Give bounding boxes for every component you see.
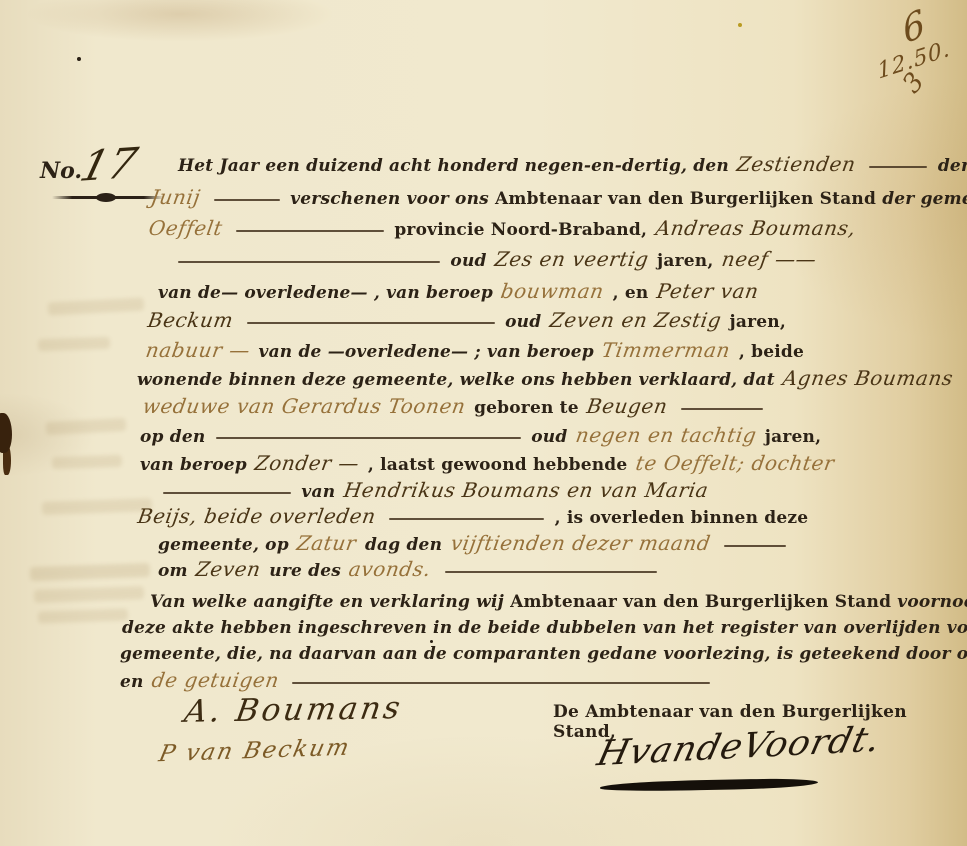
printed-text: om bbox=[158, 561, 188, 581]
printed-text: Het Jaar een duizend acht honderd negen-… bbox=[178, 156, 729, 176]
handwritten-entry-faded: te Oeffelt; dochter bbox=[631, 451, 839, 475]
blank-fill-rule bbox=[681, 408, 763, 410]
handwritten-entry: Zes en veertig bbox=[490, 247, 653, 271]
printed-text: gemeente, die, na daarvan aan de compara… bbox=[120, 644, 967, 664]
printed-text: wonende binnen deze gemeente, welke ons … bbox=[137, 370, 775, 390]
bleedthrough-mark bbox=[34, 586, 144, 603]
form-line-9: weduwe van Gerardus Toonen geboren te Be… bbox=[140, 394, 768, 418]
signature-flourish-underline bbox=[600, 778, 818, 793]
printed-text: oud bbox=[450, 251, 486, 271]
handwritten-entry: Zonder — bbox=[250, 451, 364, 475]
form-line-11: van beroep Zonder — , laatst gewoond heb… bbox=[140, 451, 837, 475]
printed-text: voornoemd, bbox=[897, 592, 967, 612]
handwritten-entry-faded: weduwe van Gerardus Toonen bbox=[138, 394, 470, 418]
printed-text: Ambtenaar van den Burgerlijken Stand bbox=[510, 592, 897, 612]
form-line-6: Beckum oud Zeven en Zestig jaren, bbox=[145, 308, 786, 332]
form-line-12: van Hendrikus Boumans en van Maria bbox=[158, 478, 711, 502]
blank-fill-rule bbox=[216, 437, 521, 439]
printed-text: verschenen voor ons bbox=[290, 189, 495, 209]
form-line-4: oud Zes en veertig jaren, neef —— bbox=[173, 247, 819, 271]
handwritten-entry-faded: negen en tachtig bbox=[571, 423, 761, 447]
form-line-3: Oeffelt provincie Noord-Braband, Andreas… bbox=[146, 216, 859, 240]
form-line-16: Van welke aangifte en verklaring wij Amb… bbox=[150, 592, 967, 612]
handwritten-entry: Agnes Boumans bbox=[778, 366, 958, 390]
bleedthrough-mark bbox=[38, 337, 110, 352]
act-number-label: No. bbox=[40, 158, 82, 184]
printed-text: , en bbox=[613, 283, 649, 303]
printed-text: , beide bbox=[739, 342, 804, 362]
handwritten-entry: Zeven bbox=[191, 557, 266, 581]
handwritten-entry: Beugen bbox=[582, 394, 672, 418]
death-certificate-scan: 6 12.50. 3 No. 17 Het Jaar een duizend a… bbox=[0, 0, 967, 846]
printed-text: Van welke aangifte en verklaring wij bbox=[150, 592, 510, 612]
form-line-15: om Zeven ure des avonds. bbox=[158, 557, 662, 581]
printed-text: geboren te bbox=[474, 398, 579, 418]
form-line-14: gemeente, op Zatur dag den vijftienden d… bbox=[158, 531, 791, 555]
printed-text: provincie Noord-Braband, bbox=[394, 220, 653, 240]
printed-text: oud bbox=[505, 312, 541, 332]
ink-speck bbox=[430, 640, 433, 643]
printed-text: Ambtenaar van den Burgerlijken Stand bbox=[495, 189, 882, 209]
blank-fill-rule bbox=[724, 545, 786, 547]
printed-text: ure des bbox=[269, 561, 341, 581]
handwritten-entry: Andreas Boumans, bbox=[651, 216, 860, 240]
printed-text: van bbox=[301, 482, 335, 502]
blank-fill-rule bbox=[869, 166, 927, 168]
form-line-1: Het Jaar een duizend acht honderd negen-… bbox=[178, 152, 967, 176]
handwritten-entry-faded: vijftienden dezer maand bbox=[446, 531, 715, 555]
bleedthrough-mark bbox=[52, 455, 122, 469]
printed-text: dag den bbox=[365, 535, 442, 555]
handwritten-entry: neef —— bbox=[717, 247, 821, 271]
blank-fill-rule bbox=[163, 492, 291, 494]
printed-text: , laatst gewoond hebbende bbox=[368, 455, 628, 475]
handwritten-entry-faded: Timmerman bbox=[597, 338, 735, 362]
form-line-7: nabuur — van de —overledene— ; van beroe… bbox=[143, 338, 804, 362]
printed-text: van de— overledene— , van beroep bbox=[158, 283, 493, 303]
handwritten-entry-faded: de getuigen bbox=[147, 668, 284, 692]
witness-signature-2: P van Beckum bbox=[156, 735, 353, 768]
blank-fill-rule bbox=[236, 230, 384, 232]
form-line-5: van de— overledene— , van beroep bouwman… bbox=[158, 279, 762, 303]
act-number-value: 17 bbox=[75, 138, 142, 191]
form-line-17: deze akte hebben ingeschreven in de beid… bbox=[122, 618, 967, 638]
handwritten-entry: Beijs, beide overleden bbox=[133, 504, 381, 528]
blank-fill-rule bbox=[389, 518, 544, 520]
blank-fill-rule bbox=[445, 571, 657, 573]
printed-text: van beroep bbox=[140, 455, 247, 475]
handwritten-entry: Zestienden bbox=[732, 152, 860, 176]
handwritten-entry-faded: Junij bbox=[146, 185, 205, 209]
printed-text: jaren, bbox=[657, 251, 713, 271]
form-line-2: Junij verschenen voor ons Ambtenaar van … bbox=[148, 185, 967, 209]
handwritten-entry: Zeven en Zestig bbox=[545, 308, 726, 332]
printed-text: en bbox=[120, 672, 144, 692]
printed-text: jaren, bbox=[765, 427, 821, 447]
handwritten-entry-faded: nabuur — bbox=[141, 338, 255, 362]
printed-text: van de —overledene— ; van beroep bbox=[259, 342, 594, 362]
handwritten-entry-faded: bouwman bbox=[496, 279, 609, 303]
bleedthrough-mark bbox=[48, 297, 145, 315]
bleedthrough-mark bbox=[30, 563, 150, 581]
witness-signature-1: A. Boumans bbox=[182, 690, 406, 730]
handwritten-entry-faded: Oeffelt bbox=[144, 216, 227, 240]
bleedthrough-mark bbox=[38, 608, 128, 623]
printed-text: oud bbox=[531, 427, 567, 447]
form-line-8: wonende binnen deze gemeente, welke ons … bbox=[137, 366, 956, 390]
printed-text: op den bbox=[140, 427, 205, 447]
bleedthrough-mark bbox=[46, 418, 127, 435]
blank-fill-rule bbox=[292, 682, 710, 684]
ink-speck bbox=[77, 57, 81, 61]
printed-text: der gemeente bbox=[882, 189, 967, 209]
printed-text: deze akte hebben ingeschreven in de beid… bbox=[122, 618, 967, 638]
form-line-19: en de getuigen bbox=[120, 668, 715, 692]
printed-text: gemeente, op bbox=[158, 535, 289, 555]
handwritten-entry: Beckum bbox=[143, 308, 238, 332]
printed-text: , is overleden binnen deze bbox=[555, 508, 809, 528]
blank-fill-rule bbox=[178, 261, 440, 263]
handwritten-entry-faded: Zatur bbox=[292, 531, 361, 555]
blank-fill-rule bbox=[247, 322, 495, 324]
handwritten-entry: Peter van bbox=[652, 279, 764, 303]
handwritten-entry-faded: avonds. bbox=[345, 557, 437, 581]
blank-fill-rule bbox=[214, 199, 280, 201]
printed-text: der maand bbox=[938, 156, 967, 176]
ink-blot bbox=[0, 413, 12, 453]
printed-text: jaren, bbox=[730, 312, 786, 332]
form-line-18: gemeente, die, na daarvan aan de compara… bbox=[120, 644, 967, 664]
handwritten-entry: Hendrikus Boumans en van Maria bbox=[339, 478, 713, 502]
corner-ink-note: 6 12.50. 3 bbox=[869, 10, 959, 94]
form-line-13: Beijs, beide overleden , is overleden bi… bbox=[135, 504, 808, 528]
form-line-10: op den oud negen en tachtig jaren, bbox=[140, 423, 821, 447]
paper-speck bbox=[738, 23, 742, 27]
